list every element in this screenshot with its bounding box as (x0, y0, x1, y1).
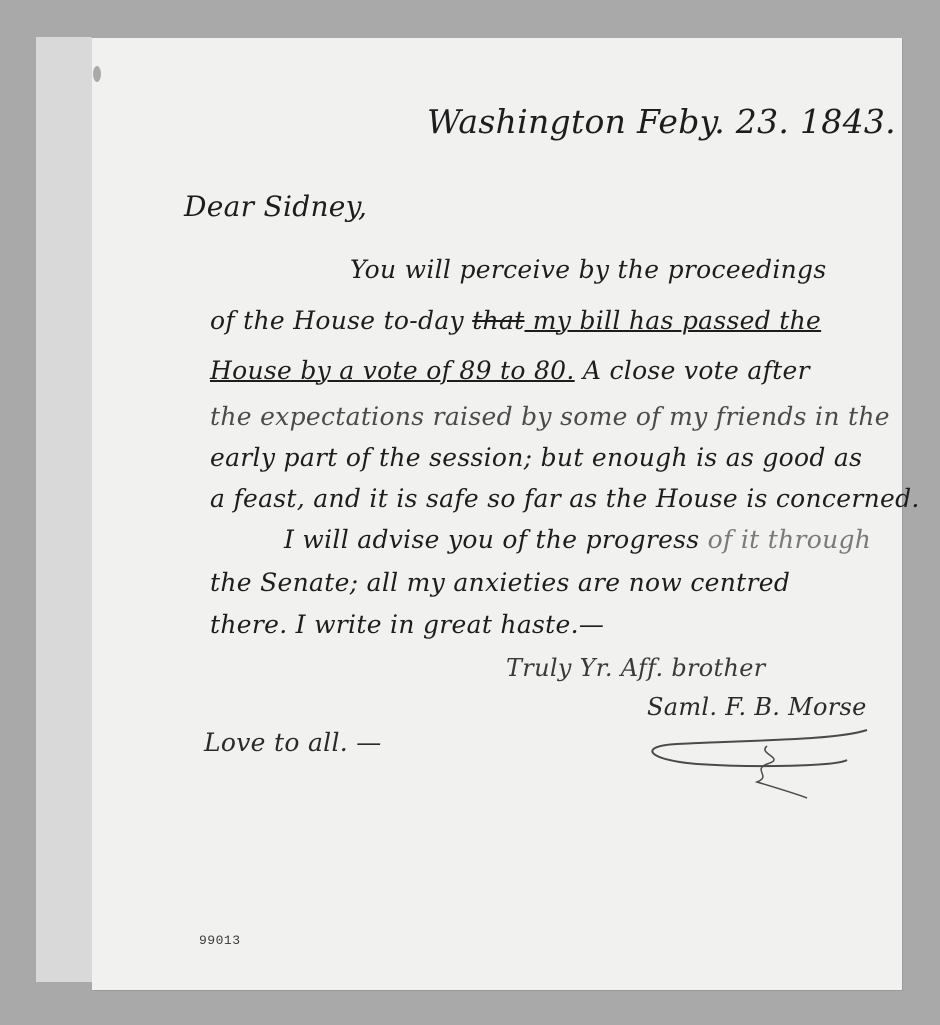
signature-flourish-icon (637, 720, 877, 800)
struck-word: that (472, 306, 524, 335)
body-line-2: of the House to-day that my bill has pas… (210, 306, 821, 335)
body-line-9: there. I write in great haste.— (210, 610, 604, 639)
accession-number: 99013 (199, 933, 241, 948)
mounting-strip (36, 37, 93, 982)
body-line-3-part-b: A close vote after (575, 356, 810, 385)
salutation: Dear Sidney, (184, 190, 367, 223)
postscript: Love to all. — (204, 728, 382, 757)
body-line-5: early part of the session; but enough is… (210, 443, 862, 472)
body-line-2-part-b: my bill has passed the (525, 306, 822, 335)
paper-stain (93, 66, 101, 82)
body-line-4: the expectations raised by some of my fr… (210, 402, 890, 431)
letter-page: Washington Feby. 23. 1843. Dear Sidney, … (92, 38, 902, 990)
closing: Truly Yr. Aff. brother (506, 654, 765, 682)
dateline: Washington Feby. 23. 1843. (427, 102, 896, 141)
body-line-2-part-a: of the House to-day (210, 306, 472, 335)
body-line-8: the Senate; all my anxieties are now cen… (210, 568, 790, 597)
body-line-3: House by a vote of 89 to 80. A close vot… (210, 356, 810, 385)
body-line-7-faint: of it through (699, 525, 871, 554)
body-line-7: I will advise you of the progress of it … (284, 525, 871, 554)
signature: Saml. F. B. Morse (647, 693, 867, 721)
vote-result: House by a vote of 89 to 80. (210, 356, 575, 385)
body-line-6: a feast, and it is safe so far as the Ho… (210, 484, 920, 513)
body-line-1: You will perceive by the proceedings (350, 255, 826, 284)
body-line-7-part-a: I will advise you of the progress (284, 525, 699, 554)
